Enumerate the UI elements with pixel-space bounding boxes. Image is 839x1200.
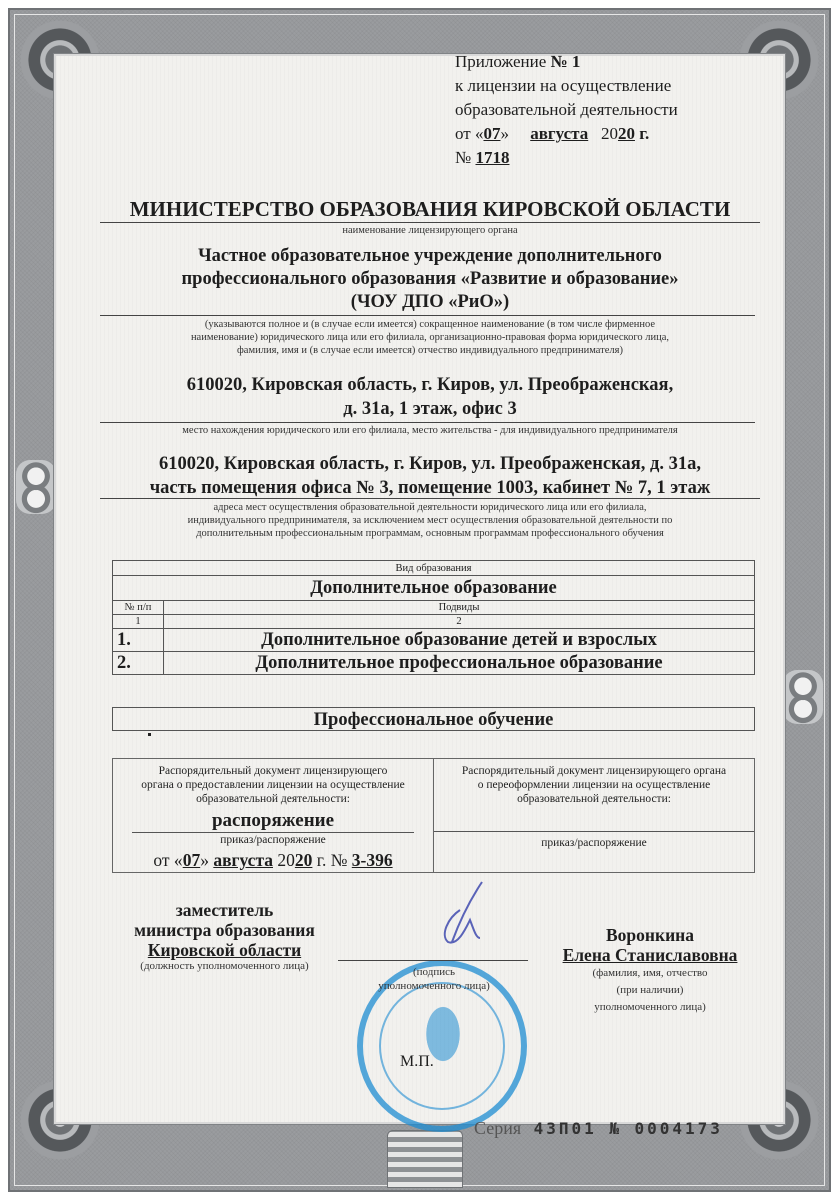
administrative-documents: Распорядительный документ лицензирующего… — [112, 758, 755, 873]
seal-mark-label: М.П. — [400, 1053, 434, 1071]
education-type: Дополнительное образование — [113, 576, 755, 601]
clasp-ornament-icon — [387, 1130, 463, 1188]
appendix-label: Приложение — [455, 52, 551, 71]
serial-series: 43П01 — [534, 1119, 597, 1138]
form-serial-number: Серия 43П01 № 0004173 — [474, 1118, 723, 1139]
license-number: № 1718 — [455, 146, 678, 170]
document-kind-hint: приказ/распоряжение — [434, 836, 754, 850]
appendix-number: № 1 — [551, 52, 581, 71]
column-header: № п/п — [113, 601, 164, 615]
table-caption: Вид образования — [113, 561, 755, 576]
legal-address-hint: место нахождения юридического или его фи… — [100, 424, 760, 437]
organization-hint: (указываются полное и (в случае если име… — [100, 318, 760, 357]
document-date-number: от «07» августа 2020 г. № 3-396 — [113, 849, 433, 871]
document-kind-hint: приказ/распоряжение — [113, 833, 433, 847]
signature-icon — [430, 880, 490, 950]
education-types-table: Вид образования Дополнительное образован… — [112, 560, 755, 675]
legal-address: 610020, Кировская область, г. Киров, ул.… — [100, 373, 760, 421]
appendix-line: к лицензии на осуществление — [455, 74, 678, 98]
licensing-authority-hint: наименование лицензирующего органа — [100, 224, 760, 237]
professional-training-box: Профессиональное обучение — [112, 707, 755, 731]
reissue-document: Распорядительный документ лицензирующего… — [433, 759, 754, 872]
appendix-line: образовательной деятельности — [455, 98, 678, 122]
knot-ornament-icon — [783, 670, 823, 724]
issuance-document: Распорядительный документ лицензирующего… — [113, 759, 433, 872]
divider — [100, 498, 760, 499]
document-kind: распоряжение — [113, 810, 433, 832]
signatory-name: Воронкина Елена Станиславовна (фамилия, … — [545, 925, 755, 1016]
column-header: Подвиды — [164, 601, 755, 615]
column-number: 2 — [164, 615, 755, 629]
serial-number: 0004173 — [634, 1119, 722, 1138]
divider — [100, 315, 755, 316]
knot-ornament-icon — [16, 460, 56, 514]
organization-name: Частное образовательное учреждение допол… — [100, 245, 760, 314]
activity-address-hint: адреса мест осуществления образовательно… — [100, 501, 760, 540]
divider — [100, 422, 755, 423]
serial-label: Серия — [474, 1118, 521, 1138]
signatory-position: заместитель министра образования Кировск… — [112, 900, 337, 973]
table-row: 2.Дополнительное профессиональное образо… — [113, 652, 755, 675]
appendix-date: от «07» августа 2020 г. — [455, 122, 678, 146]
activity-address: 610020, Кировская область, г. Киров, ул.… — [100, 452, 760, 500]
table-row: 1.Дополнительное образование детей и взр… — [113, 629, 755, 652]
licensing-authority: МИНИСТЕРСТВО ОБРАЗОВАНИЯ КИРОВСКОЙ ОБЛАС… — [100, 196, 760, 223]
appendix-header: Приложение № 1 к лицензии на осуществлен… — [455, 50, 678, 170]
dot-mark — [148, 733, 151, 736]
column-number: 1 — [113, 615, 164, 629]
signature-line — [338, 960, 528, 961]
signature-hint: (подпись уполномоченного лица) — [354, 965, 514, 993]
